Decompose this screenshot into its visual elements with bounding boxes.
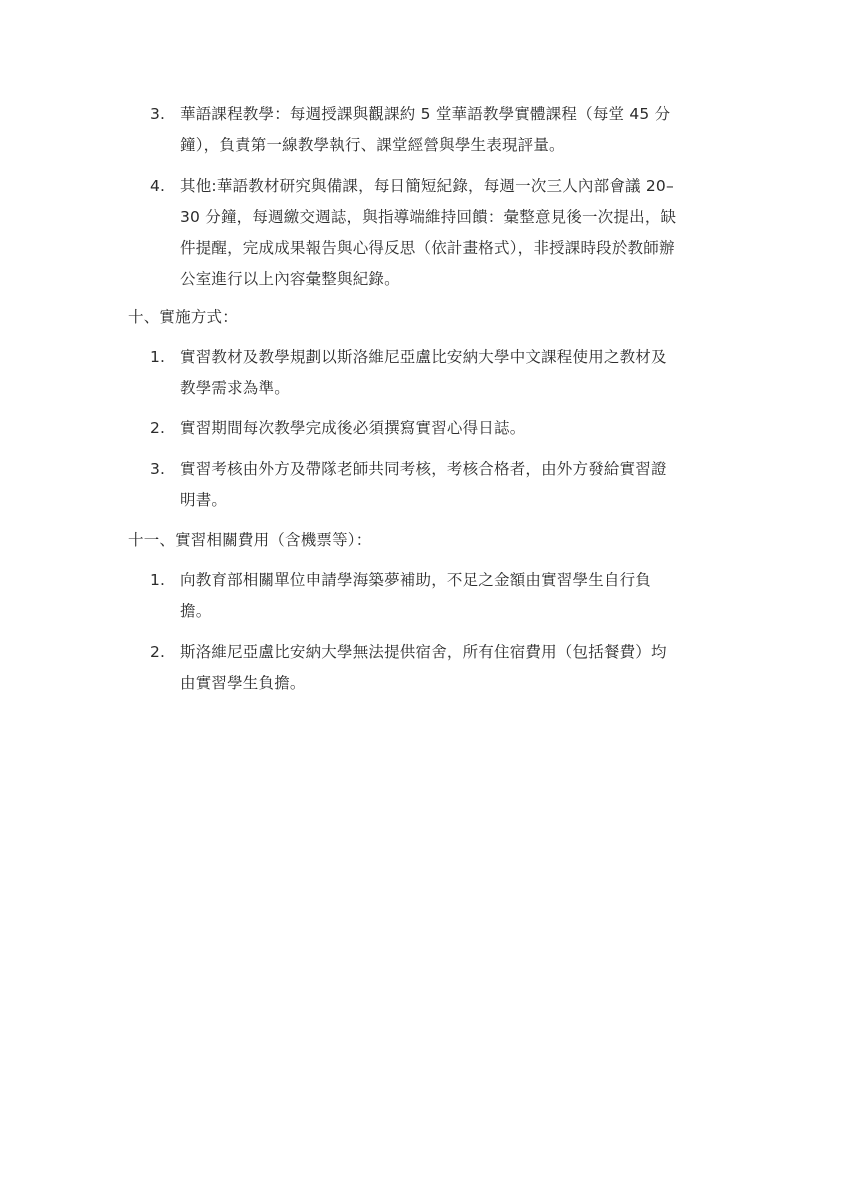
section-10-heading: 十、實施方式： <box>128 302 238 333</box>
list-number: 3. <box>150 99 174 130</box>
list-text-line: 向教育部相關單位申請學海築夢補助，不足之金額由實習學生自行負 <box>150 565 730 596</box>
list-number: 4. <box>150 171 174 202</box>
list-item-10-1: 1. 實習教材及教學規劃以斯洛維尼亞盧比安納大學中文課程使用之教材及 教學需求為… <box>150 342 730 404</box>
list-number: 1. <box>150 565 174 596</box>
list-number: 3. <box>150 454 174 485</box>
list-text-line: 其他:華語教材研究與備課，每日簡短紀錄，每週一次三人內部會議 20– <box>150 171 730 202</box>
list-text-line: 明書。 <box>150 485 730 516</box>
list-text-line: 實習考核由外方及帶隊老師共同考核，考核合格者，由外方發給實習證 <box>150 454 730 485</box>
list-text-line: 30 分鐘，每週繳交週誌，與指導端維持回饋：彙整意見後一次提出，缺 <box>150 202 730 233</box>
list-item-9-3: 3. 華語課程教學：每週授課與觀課約 5 堂華語教學實體課程（每堂 45 分 鐘… <box>150 99 730 161</box>
list-text-line: 華語課程教學：每週授課與觀課約 5 堂華語教學實體課程（每堂 45 分 <box>150 99 730 130</box>
list-item-11-2: 2. 斯洛維尼亞盧比安納大學無法提供宿舍，所有住宿費用（包括餐費）均 由實習學生… <box>150 637 730 699</box>
list-text-line: 實習期間每次教學完成後必須撰寫實習心得日誌。 <box>150 413 730 444</box>
section-11-heading: 十一、實習相關費用（含機票等）： <box>128 525 371 556</box>
list-item-10-3: 3. 實習考核由外方及帶隊老師共同考核，考核合格者，由外方發給實習證 明書。 <box>150 454 730 516</box>
list-number: 1. <box>150 342 174 373</box>
list-text-line: 教學需求為準。 <box>150 373 730 404</box>
list-text-line: 實習教材及教學規劃以斯洛維尼亞盧比安納大學中文課程使用之教材及 <box>150 342 730 373</box>
list-number: 2. <box>150 637 174 668</box>
list-item-10-2: 2. 實習期間每次教學完成後必須撰寫實習心得日誌。 <box>150 413 730 444</box>
list-text-line: 件提醒，完成成果報告與心得反思（依計畫格式），非授課時段於教師辦 <box>150 233 730 264</box>
list-number: 2. <box>150 413 174 444</box>
list-item-9-4: 4. 其他:華語教材研究與備課，每日簡短紀錄，每週一次三人內部會議 20– 30… <box>150 171 730 295</box>
list-text-line: 鐘），負責第一線教學執行、課堂經營與學生表現評量。 <box>150 130 730 161</box>
document-page: 3. 華語課程教學：每週授課與觀課約 5 堂華語教學實體課程（每堂 45 分 鐘… <box>0 0 848 1200</box>
list-text-line: 擔。 <box>150 596 730 627</box>
list-text-line: 公室進行以上內容彙整與紀錄。 <box>150 264 730 295</box>
list-item-11-1: 1. 向教育部相關單位申請學海築夢補助，不足之金額由實習學生自行負 擔。 <box>150 565 730 627</box>
list-text-line: 由實習學生負擔。 <box>150 668 730 699</box>
list-text-line: 斯洛維尼亞盧比安納大學無法提供宿舍，所有住宿費用（包括餐費）均 <box>150 637 730 668</box>
